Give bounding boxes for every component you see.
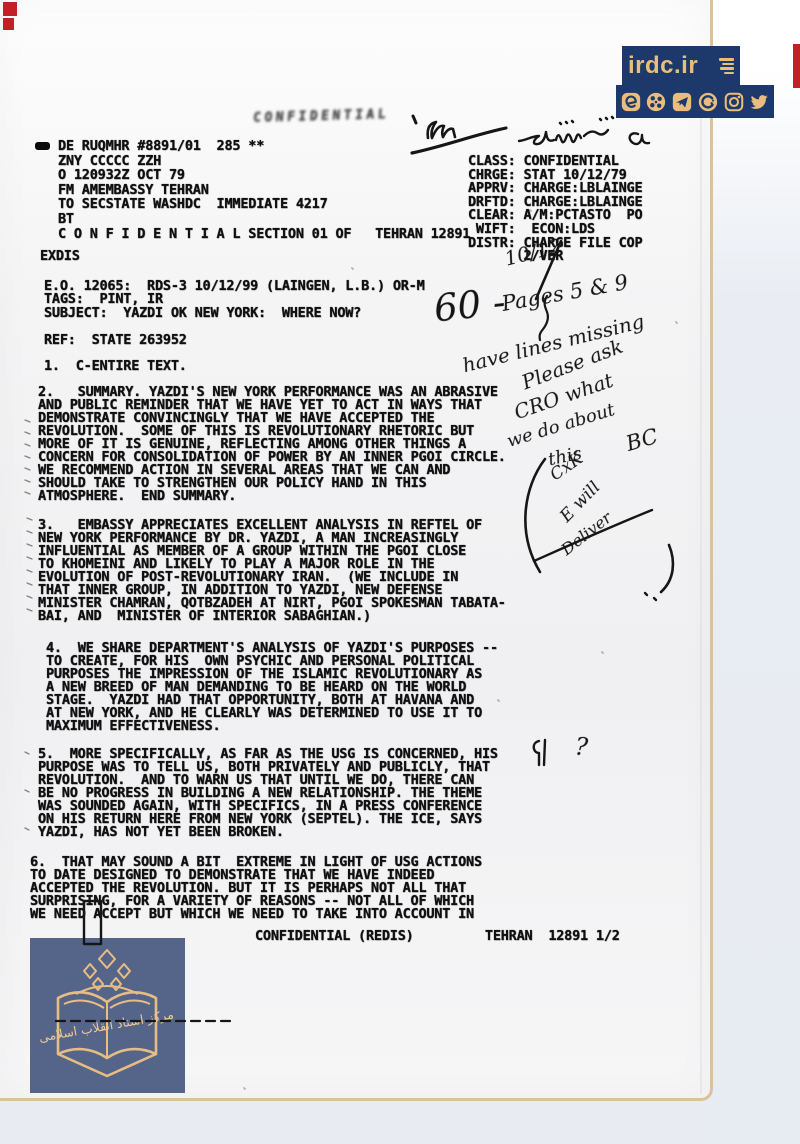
irdc-logo-mark	[719, 58, 734, 74]
paragraph-summary: 2. SUMMARY. YAZDI'S NEW YORK PERFORMANCE…	[38, 386, 506, 503]
corner-mark	[3, 18, 14, 30]
social-icon-strip	[616, 85, 774, 118]
page-footer: CONFIDENTIAL (REDIS) TEHRAN 12891 1/2	[255, 930, 620, 943]
irdc-domain-label[interactable]: irdc.ir	[628, 54, 698, 78]
instagram-icon[interactable]	[723, 91, 745, 113]
irdc-book-logo[interactable]: مرکز اسناد انقلاب اسلامی	[30, 938, 185, 1093]
aparat-icon[interactable]	[645, 91, 667, 113]
open-book-emblem: مرکز اسناد انقلاب اسلامی	[30, 938, 185, 1093]
reference-block: E.O. 12065: RDS-3 10/12/99 (LAINGEN, L.B…	[44, 280, 425, 374]
eitaa-icon[interactable]	[620, 91, 642, 113]
twitter-icon[interactable]	[748, 91, 770, 113]
corner-mark	[3, 2, 17, 16]
paragraph-5: 5. MORE SPECIFICALLY, AS FAR AS THE USG …	[38, 748, 498, 839]
telegram-icon[interactable]	[671, 91, 693, 113]
paragraph-4: 4. WE SHARE DEPARTMENT'S ANALYSIS OF YAZ…	[46, 642, 498, 733]
exdis-caption: EXDIS	[40, 250, 80, 263]
routing-header: DE RUQMHR #8891/01 285 ** ZNY CCCCC ZZH …	[58, 139, 470, 241]
paragraph-3: 3. EMBASSY APPRECIATES EXCELLENT ANALYSI…	[38, 519, 506, 623]
right-margin-strip	[713, 0, 800, 1144]
handwritten-question-mark: ?	[574, 733, 589, 762]
soroush-icon[interactable]	[697, 91, 719, 113]
bullet-mark	[35, 142, 50, 150]
irdc-badge[interactable]: irdc.ir	[622, 46, 740, 86]
ornament	[84, 950, 130, 990]
classification-stamp: CONFIDENTIAL	[253, 108, 390, 125]
paragraph-6: 6. THAT MAY SOUND A BIT EXTREME IN LIGHT…	[30, 856, 482, 921]
page: CONFIDENTIAL DE RUQMHR #8891/01 285 ** Z…	[0, 0, 800, 1144]
handwritten-number: 60 -	[432, 280, 507, 330]
edge-mark	[793, 44, 800, 88]
